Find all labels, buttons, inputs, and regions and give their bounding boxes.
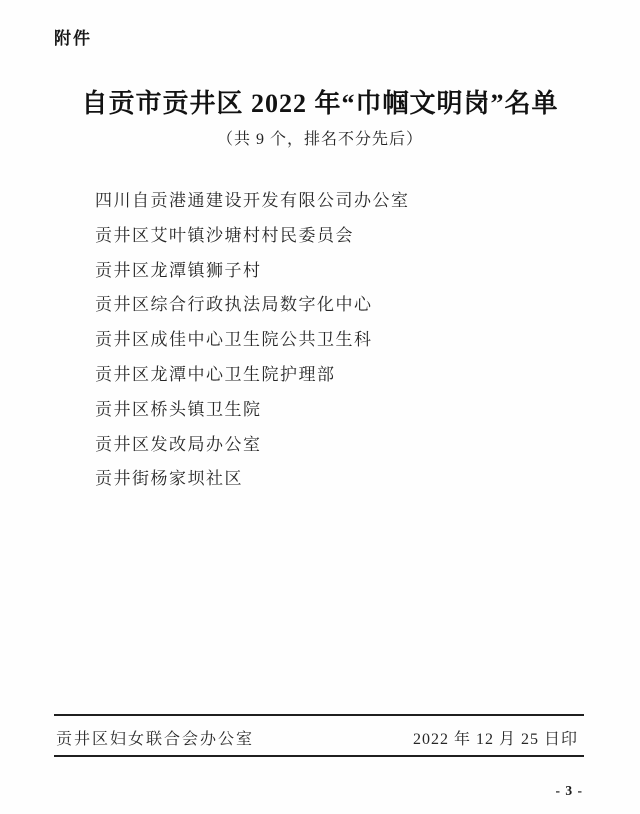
page-number: - 3 - xyxy=(556,783,584,799)
award-list: 四川自贡港通建设开发有限公司办公室贡井区艾叶镇沙塘村村民委员会贡井区龙潭镇狮子村… xyxy=(95,184,410,497)
document-title: 自贡市贡井区 2022 年“巾帼文明岗”名单 xyxy=(0,83,640,120)
footer-print-date: 2022 年 12 月 25 日印 xyxy=(413,726,578,749)
list-item: 贡井区龙潭镇狮子村 xyxy=(95,254,410,289)
footer-rule-top xyxy=(54,714,584,716)
document-subtitle: （共 9 个，排名不分先后） xyxy=(0,126,640,149)
list-item: 贡井区发改局办公室 xyxy=(95,428,410,463)
list-item: 贡井区龙潭中心卫生院护理部 xyxy=(95,358,410,393)
list-item: 贡井区综合行政执法局数字化中心 xyxy=(95,288,410,323)
list-item: 贡井街杨家坝社区 xyxy=(95,462,410,497)
footer-rule-bottom xyxy=(54,755,584,757)
list-item: 贡井区艾叶镇沙塘村村民委员会 xyxy=(95,219,410,254)
list-item: 贡井区成佳中心卫生院公共卫生科 xyxy=(95,323,410,358)
attachment-label: 附件 xyxy=(54,24,92,49)
list-item: 四川自贡港通建设开发有限公司办公室 xyxy=(95,184,410,219)
list-item: 贡井区桥头镇卫生院 xyxy=(95,393,410,428)
footer-issuer: 贡井区妇女联合会办公室 xyxy=(56,726,254,749)
document-page: 附件 自贡市贡井区 2022 年“巾帼文明岗”名单 （共 9 个，排名不分先后）… xyxy=(0,0,640,814)
